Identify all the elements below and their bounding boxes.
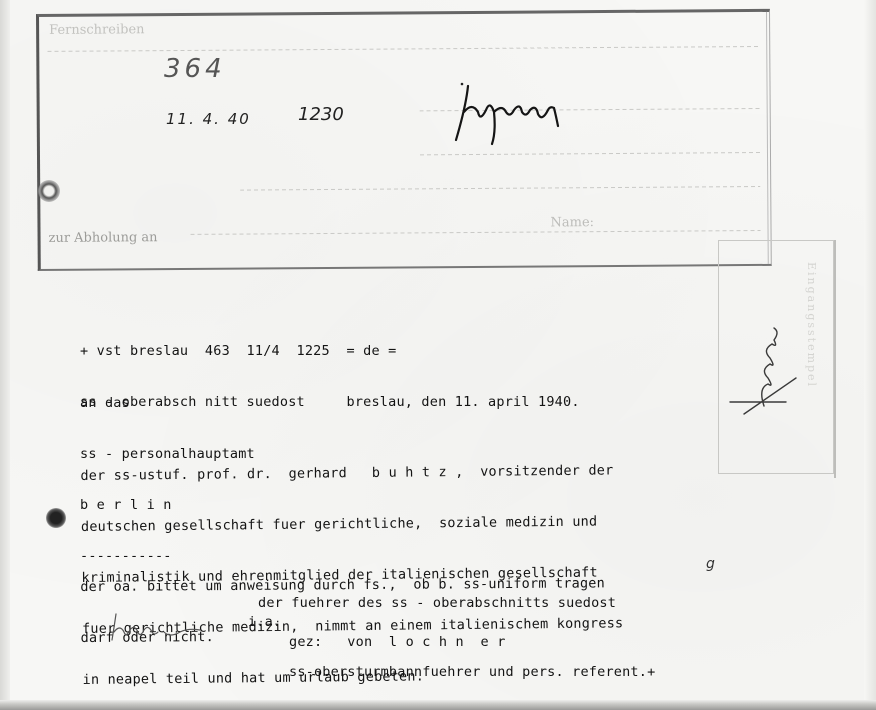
form-header-faint: Fernschreiben bbox=[49, 22, 144, 38]
form-line bbox=[47, 46, 759, 52]
handwritten-date: 11. 4. 40 bbox=[166, 110, 251, 128]
signature-top bbox=[450, 82, 590, 152]
punch-hole bbox=[38, 180, 60, 202]
body-line: deutschen gesellschaft fuer gerichtliche… bbox=[81, 513, 622, 536]
scan-left-edge bbox=[0, 0, 10, 710]
recipient-line: an das bbox=[80, 395, 255, 412]
form-line bbox=[191, 230, 761, 235]
handwritten-correction: g bbox=[706, 556, 715, 572]
punch-hole bbox=[46, 508, 66, 528]
receipt-form-slip: Fernschreiben zur Abholung an Name: bbox=[36, 9, 772, 271]
handwritten-time: 1230 bbox=[298, 104, 344, 125]
closing-line: ss-obersturmbannfuehrer und pers. refere… bbox=[289, 664, 655, 681]
form-line bbox=[240, 186, 760, 191]
closing-line: i.a. bbox=[248, 614, 281, 631]
body-line: der ss-ustuf. prof. dr. gerhard b u h t … bbox=[80, 462, 621, 485]
form-right-border bbox=[766, 12, 769, 264]
handwritten-number: 364 bbox=[164, 54, 226, 84]
closing-signed-by: gez: von l o c h n e r bbox=[289, 634, 506, 651]
scan-right-edge bbox=[864, 0, 876, 710]
closing-line: der fuehrer des ss - oberabschnitts sued… bbox=[258, 595, 616, 612]
form-name-label: Name: bbox=[550, 215, 594, 230]
signature-right-initials bbox=[724, 318, 804, 428]
telegram-header-line: + vst breslau 463 11/4 1225 = de = bbox=[80, 343, 580, 360]
margin-initials bbox=[108, 610, 208, 650]
form-footer-label: zur Abholung an bbox=[49, 230, 158, 246]
form-line bbox=[420, 152, 760, 155]
request-line: der oa. bittet um anweisung durch fs., o… bbox=[80, 575, 605, 596]
